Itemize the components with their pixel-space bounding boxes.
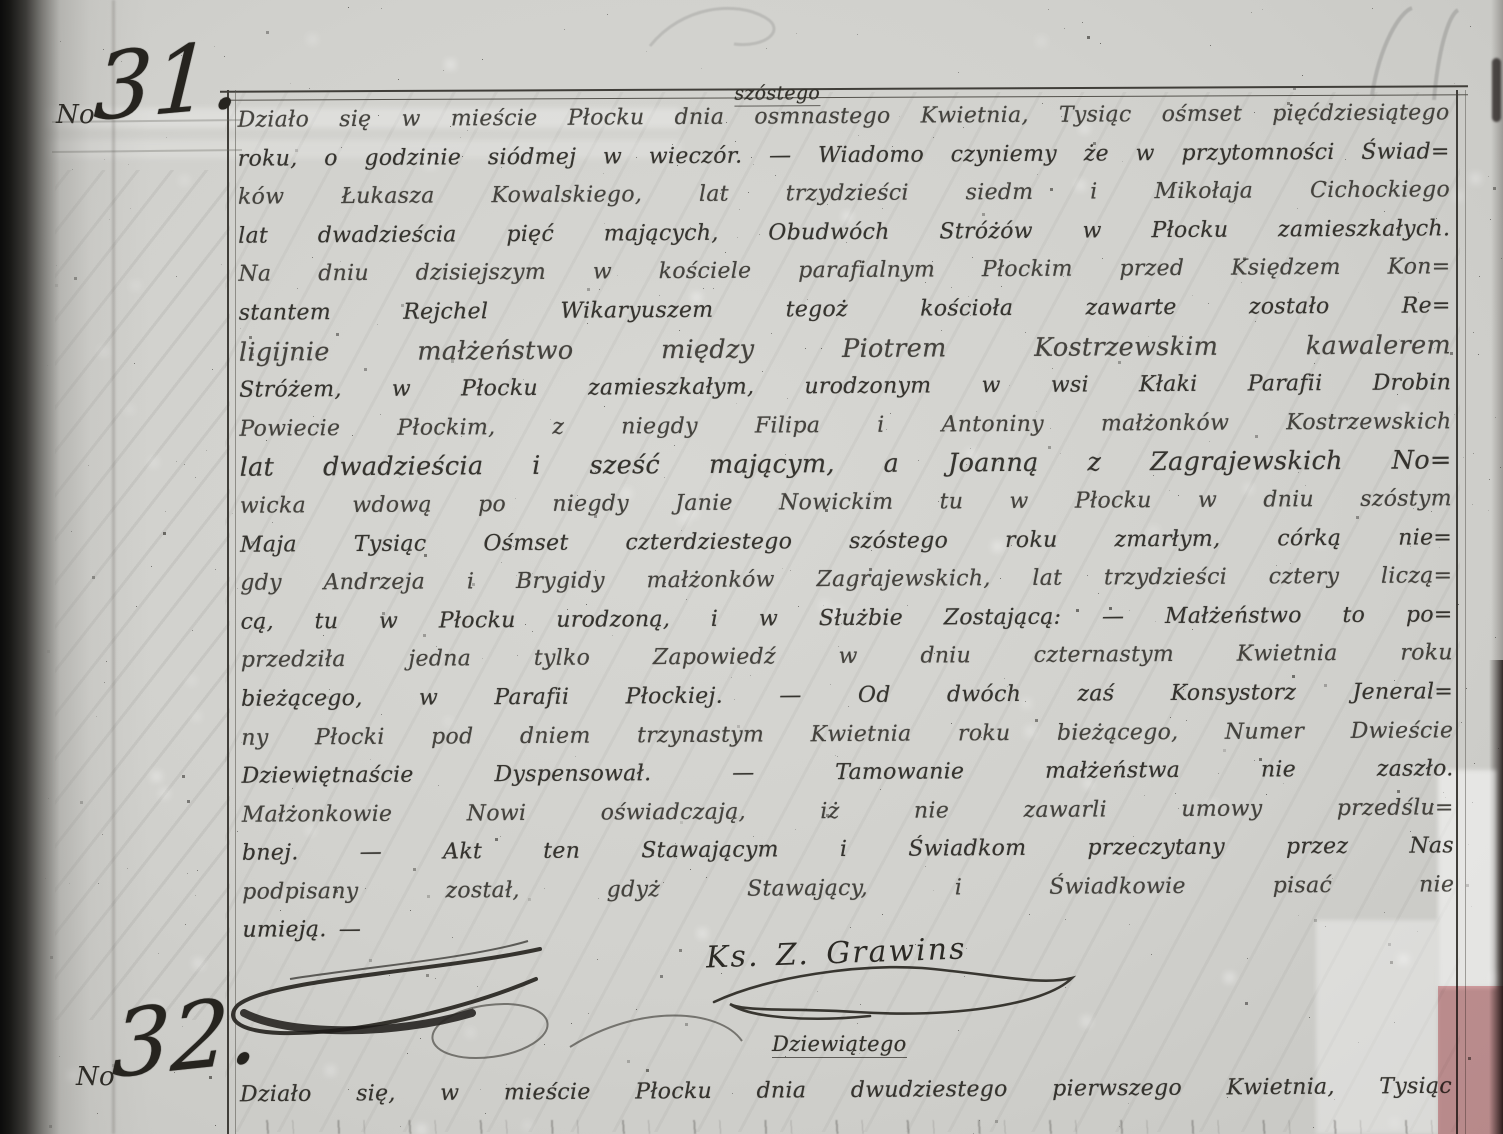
edge-mark: [1492, 58, 1501, 122]
record-32-number-label: No: [76, 1062, 115, 1092]
register-page-scan: No 31. szóstego Działo się w mieście Pło…: [0, 0, 1503, 1134]
page-crease: [112, 0, 115, 1134]
book-gutter-shadow: [0, 0, 150, 1134]
pencil-flourish: [640, 0, 810, 52]
signature-flourish: [700, 958, 1100, 1024]
record-frame-right-rule: [1456, 90, 1466, 1134]
record-31-text: szóstego Działo się w mieście Płocku dni…: [237, 94, 1454, 950]
record-31-number: 31.: [92, 29, 244, 135]
archival-stamp: [1438, 986, 1503, 1134]
correction-word-above-line: Dziewiątego: [772, 1032, 907, 1058]
capital-letter-flourish: [420, 985, 750, 1077]
record-31-number-label: No: [56, 100, 95, 130]
cutoff-text-strokes: [250, 1120, 1450, 1134]
record-32-number: 32.: [111, 984, 261, 1092]
